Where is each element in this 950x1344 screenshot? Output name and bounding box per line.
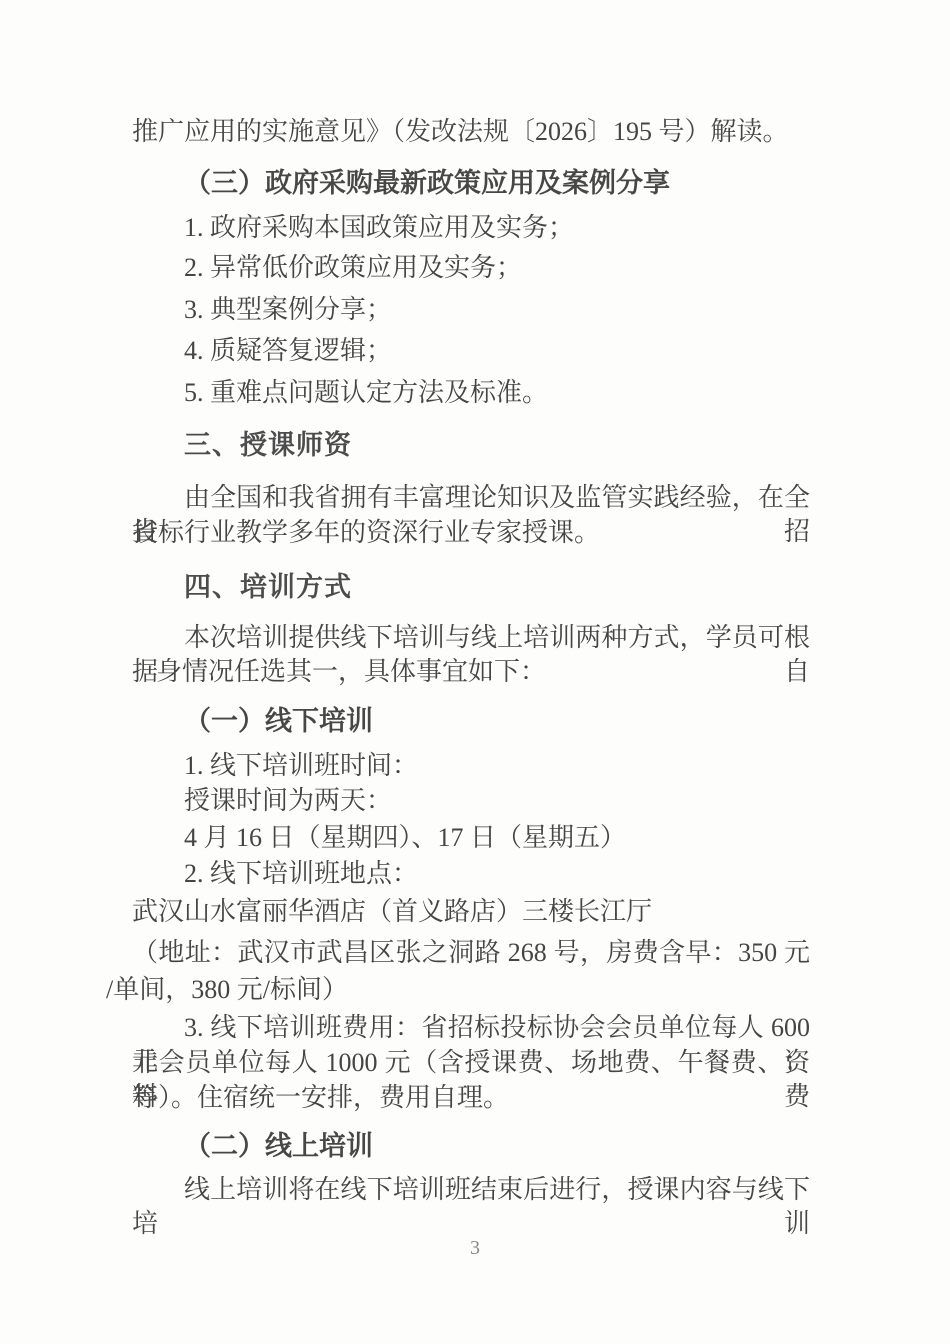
heading-training-method: 四、培训方式 [132, 570, 810, 604]
page-number: 3 [0, 1237, 950, 1260]
section3-item-2: 2. 异常低价政策应用及实务； [132, 251, 810, 285]
subheading-online-training: （二）线上培训 [132, 1129, 810, 1163]
offline-time-label: 1. 线下培训班时间： [132, 749, 810, 783]
document-page: 推广应用的实施意见》（发改法规〔2026〕195 号）解读。 （三）政府采购最新… [0, 0, 950, 1344]
section3-item-3: 3. 典型案例分享； [132, 293, 810, 327]
subheading-offline-training: （一）线下培训 [132, 704, 810, 738]
heading-teachers: 三、授课师资 [132, 428, 810, 462]
offline-address-line-1: （地址：武汉市武昌区张之洞路 268 号，房费含早：350 元 [132, 936, 810, 970]
offline-fee-line-3: 等）。住宿统一安排，费用自理。 [132, 1081, 810, 1115]
online-line-1: 线上培训将在线下培训班结束后进行，授课内容与线下培训 [132, 1173, 810, 1241]
section3-item-5: 5. 重难点问题认定方法及标准。 [132, 376, 810, 410]
offline-venue-line: 武汉山水富丽华酒店（首义路店）三楼长江厅 [132, 895, 810, 929]
heading-section-3: （三）政府采购最新政策应用及案例分享 [132, 166, 810, 200]
offline-duration-line: 授课时间为两天： [132, 784, 810, 818]
offline-location-label: 2. 线下培训班地点： [132, 857, 810, 891]
offline-address-line-2: /单间，380 元/标间） [132, 973, 810, 1007]
teachers-line-2: 投标行业教学多年的资深行业专家授课。 [132, 516, 810, 550]
method-line-2: 身情况任选其一，具体事宜如下： [132, 655, 810, 689]
section3-item-1: 1. 政府采购本国政策应用及实务； [132, 211, 810, 245]
section3-item-4: 4. 质疑答复逻辑； [132, 334, 810, 368]
offline-dates-line: 4 月 16 日（星期四）、17 日（星期五） [132, 821, 810, 855]
intro-continued-line: 推广应用的实施意见》（发改法规〔2026〕195 号）解读。 [132, 115, 810, 149]
